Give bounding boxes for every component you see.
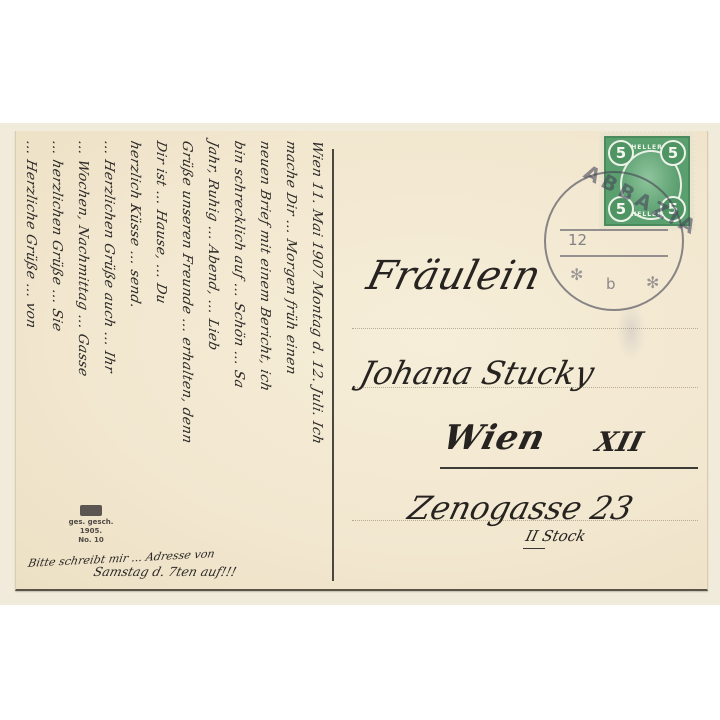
address-street: Zenogasse 23 — [404, 489, 637, 527]
address-salutation: Fräulein — [362, 253, 545, 299]
rosette-icon: ✻ — [570, 265, 583, 284]
message-line: ... Herzlichen Grüße auch ... Ihr — [96, 133, 122, 558]
address-guide-line — [352, 328, 698, 329]
printer-mark: ges. gesch. 1905. No. 10 — [62, 505, 120, 545]
handwritten-message: Wien 11. Mai 1907 Montag d. 12. Juli. Ic… — [18, 133, 330, 558]
message-line: bin schrecklich auf ... Schön ... Sa — [226, 133, 252, 558]
postmark: ABBAZIA 12 b ✻ ✻ — [544, 171, 684, 311]
stamp-value: 5 — [660, 140, 686, 166]
message-line: Dir ist ... Hause, ... Du — [148, 133, 174, 558]
printer-mark-line: No. 10 — [62, 536, 120, 545]
center-divider — [332, 149, 334, 581]
message-line: mache Dir ... Morgen früh einen — [278, 133, 304, 558]
floor-underline — [523, 548, 545, 549]
publisher-logo-icon — [80, 505, 102, 516]
message-line: ... Wochen, Nachmittag ... Gasse — [70, 133, 96, 558]
message-line: neuen Brief mit einem Bericht, ich — [252, 133, 278, 558]
address-city: Wien — [439, 418, 550, 458]
postcard: Wien 11. Mai 1907 Montag d. 12. Juli. Ic… — [15, 131, 708, 591]
postmark-date: 12 — [568, 231, 587, 249]
printer-mark-line: ges. gesch. 1905. — [62, 518, 120, 536]
message-line: Jahr, Ruhig ... Abend, ... Lieb — [200, 133, 226, 558]
rosette-icon: ✻ — [646, 273, 659, 292]
message-line: ... Herzliche Grüße ... von — [18, 133, 44, 558]
stamp-value: 5 — [608, 140, 634, 166]
message-line: Wien 11. Mai 1907 Montag d. 12. Juli. Ic… — [304, 133, 330, 558]
message-line: ... herzlichen Grüße ... Sie — [44, 133, 70, 558]
footer-line: Samstag d. 7ten auf!!! — [28, 564, 332, 579]
message-line: Grüße unseren Freunde ... erhalten, denn — [174, 133, 200, 558]
address-recipient-name: Johana Stucky — [356, 354, 598, 392]
address-floor: II Stock — [524, 527, 588, 545]
address-district: XII — [592, 427, 646, 458]
message-line: herzlich Küsse ... send. — [122, 133, 148, 558]
postmark-letter: b — [606, 275, 616, 293]
message-footer: Bitte schreibt mir ... Adresse von Samst… — [30, 549, 330, 579]
address-guide-line — [440, 467, 698, 469]
